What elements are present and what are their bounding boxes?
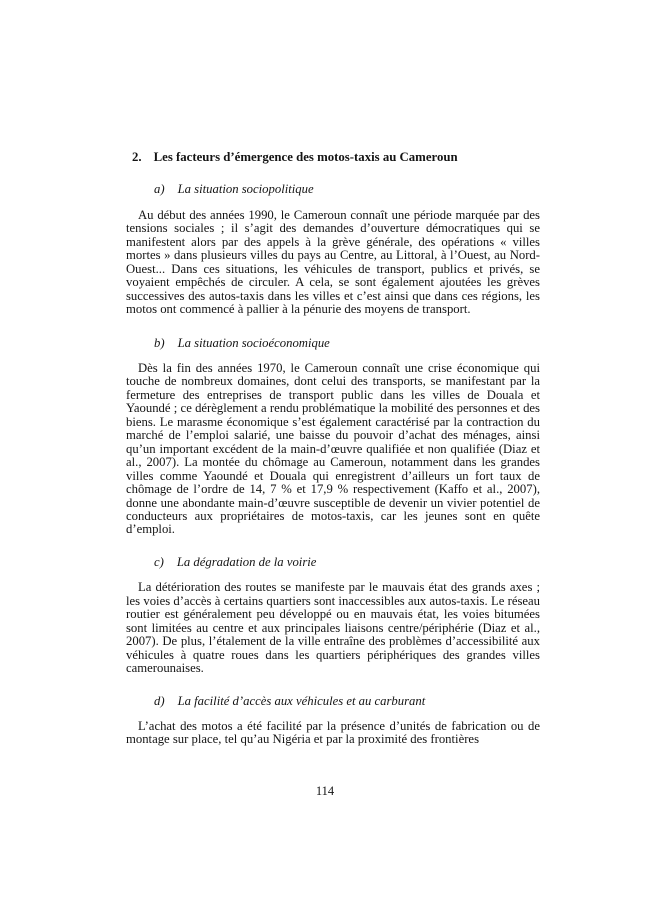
- section-heading-c: c) La dégradation de la voirie: [154, 556, 540, 569]
- section-heading-a: a) La situation sociopolitique: [154, 183, 540, 196]
- section-title-a: La situation sociopolitique: [178, 183, 314, 196]
- section-label-c: c): [154, 556, 164, 569]
- section-title-b: La situation socioéconomique: [178, 337, 330, 350]
- page-number: 114: [0, 784, 650, 799]
- chapter-heading-number: 2.: [132, 151, 142, 164]
- section-label-b: b): [154, 337, 165, 350]
- section-label-d: d): [154, 695, 165, 708]
- document-page: 2. Les facteurs d’émergence des motos-ta…: [0, 0, 650, 920]
- section-label-a: a): [154, 183, 165, 196]
- chapter-heading-title: Les facteurs d’émergence des motos-taxis…: [154, 151, 458, 164]
- section-title-c: La dégradation de la voirie: [177, 556, 317, 569]
- paragraph-b: Dès la fin des années 1970, le Cameroun …: [126, 362, 540, 537]
- chapter-heading: 2. Les facteurs d’émergence des motos-ta…: [132, 151, 540, 164]
- section-heading-b: b) La situation socioéconomique: [154, 337, 540, 350]
- paragraph-c: La détérioration des routes se manifeste…: [126, 581, 540, 675]
- paragraph-a: Au début des années 1990, le Cameroun co…: [126, 209, 540, 317]
- paragraph-d: L’achat des motos a été facilité par la …: [126, 720, 540, 747]
- text-block: 2. Les facteurs d’émergence des motos-ta…: [126, 151, 540, 747]
- section-title-d: La facilité d’accès aux véhicules et au …: [178, 695, 426, 708]
- section-heading-d: d) La facilité d’accès aux véhicules et …: [154, 695, 540, 708]
